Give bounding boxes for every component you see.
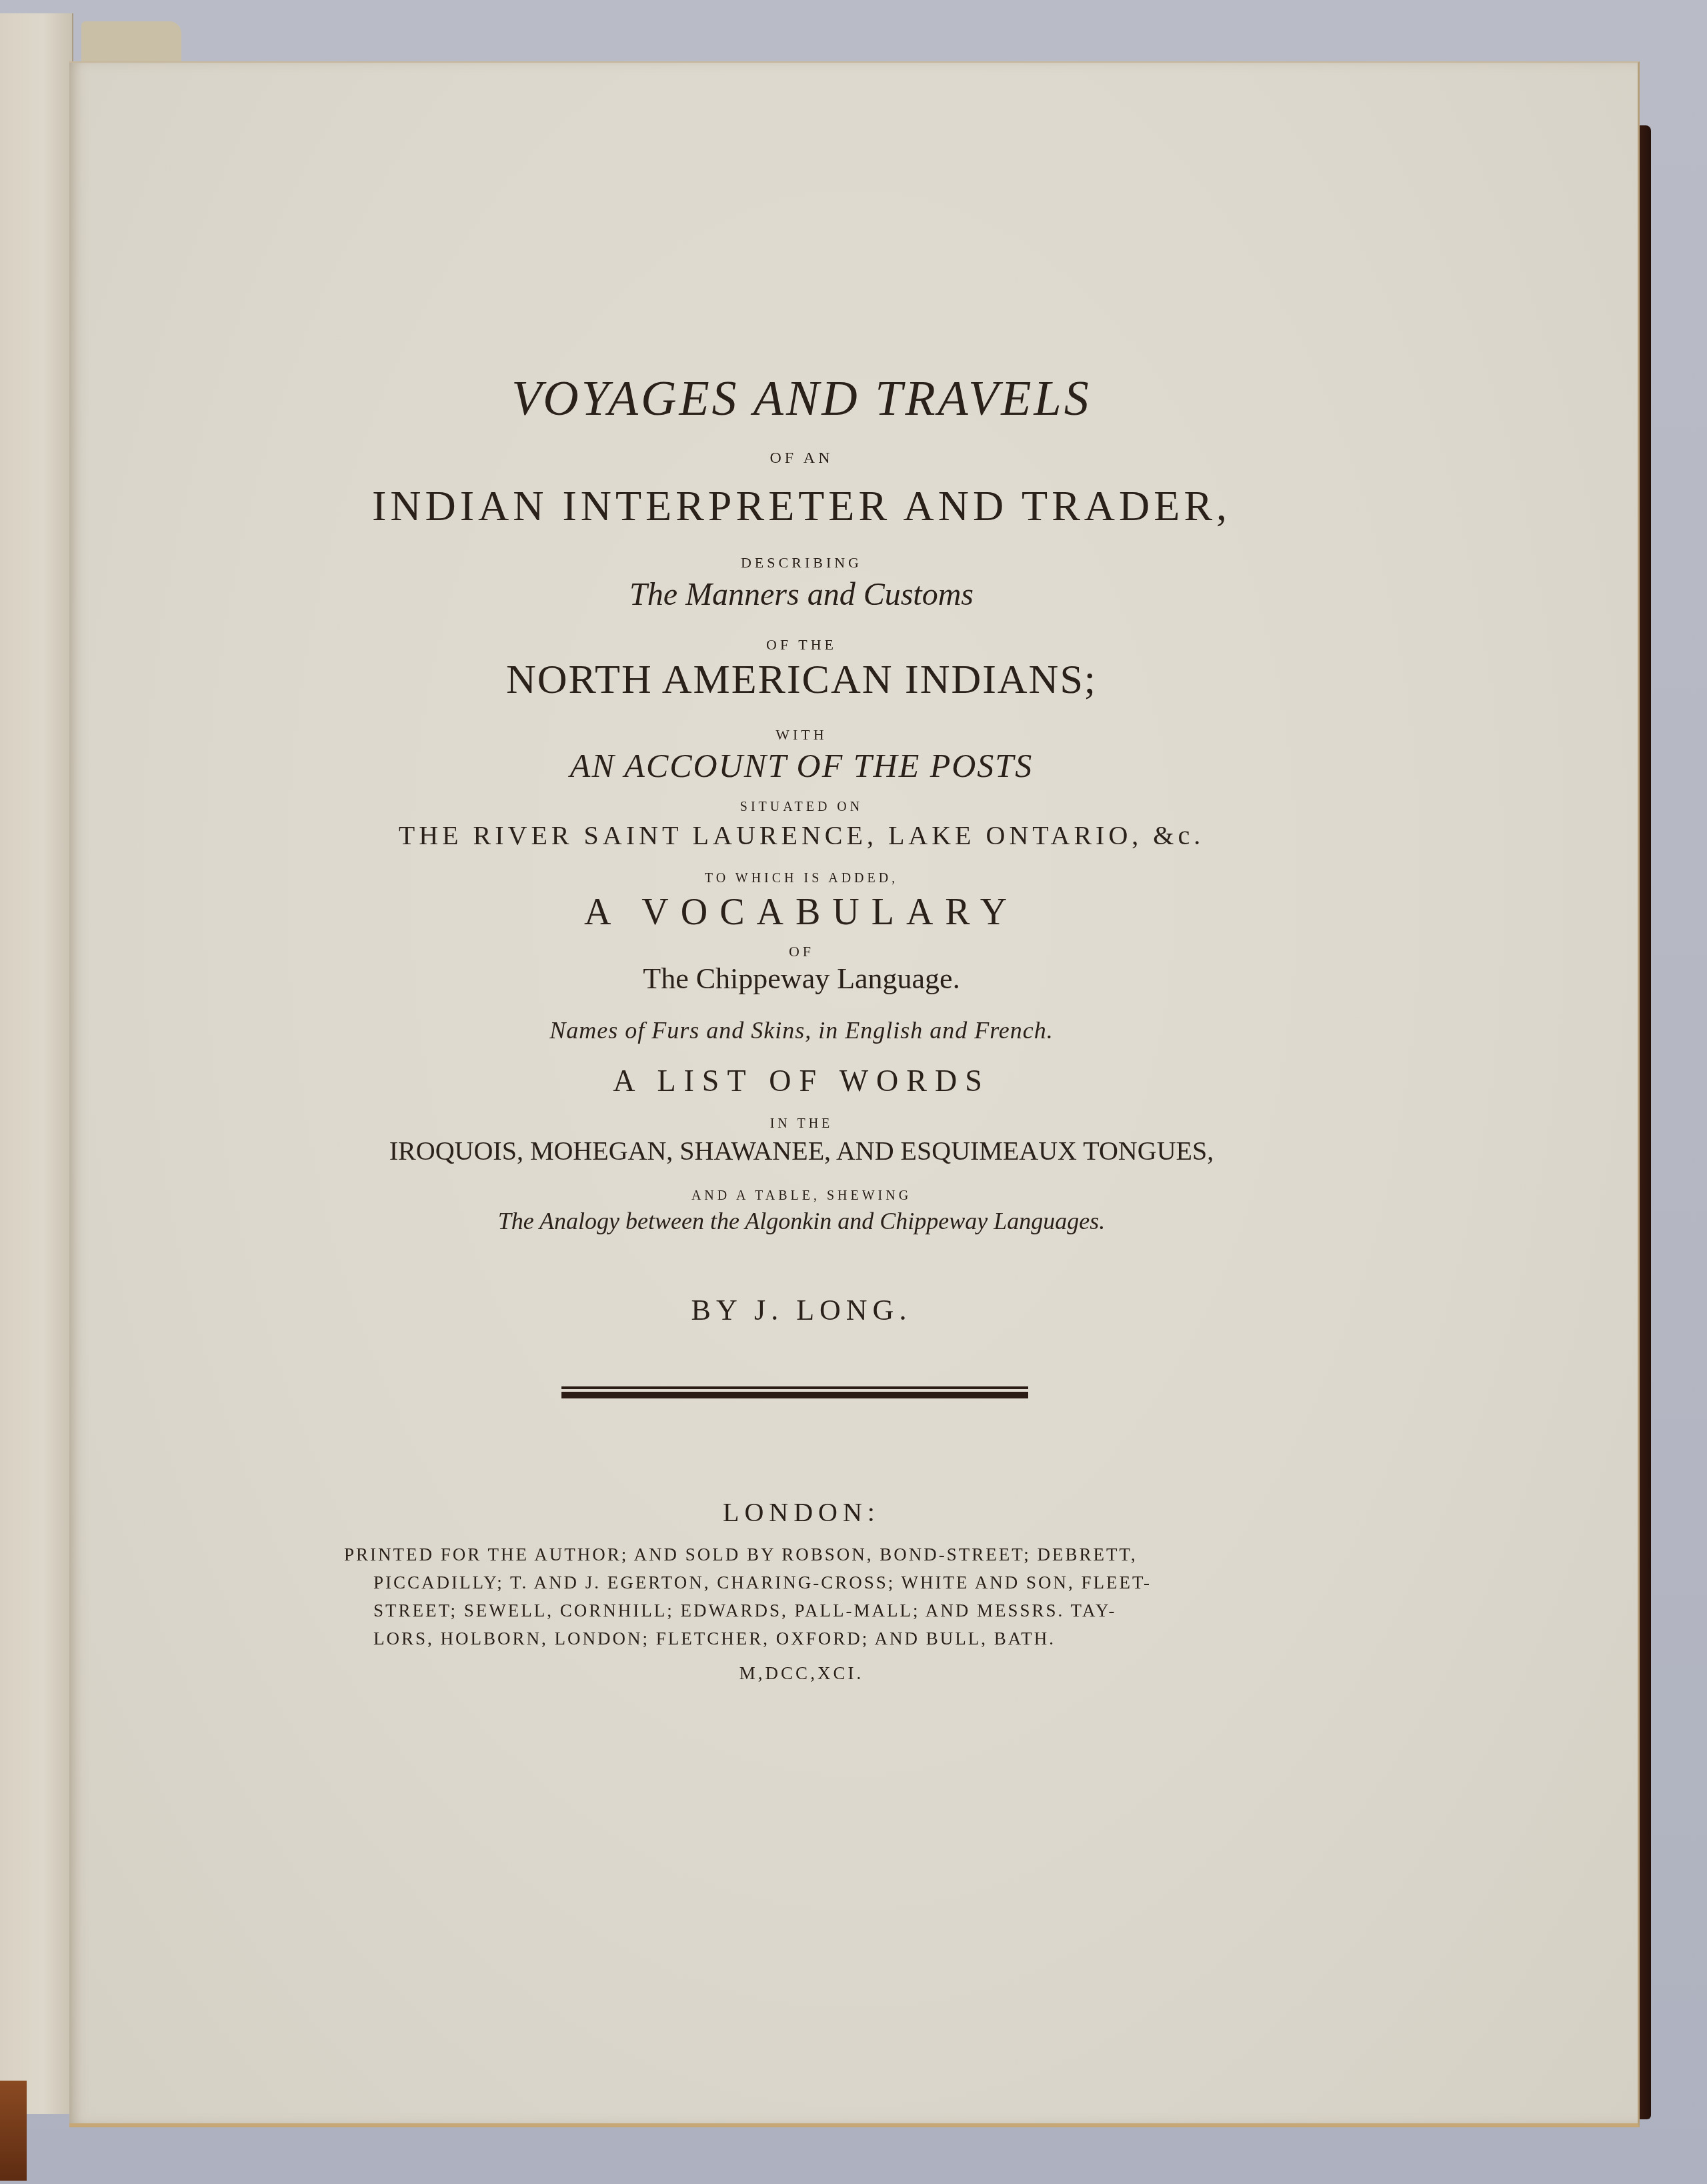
imprint-line-2: PICCADILLY; T. AND J. EGERTON, CHARING-C… (373, 1572, 1320, 1593)
vocabulary: A VOCABULARY (69, 891, 1534, 934)
title-main: VOYAGES AND TRAVELS (69, 371, 1534, 427)
title-page: VOYAGES AND TRAVELS OF AN INDIAN INTERPR… (69, 61, 1640, 2127)
analogy: The Analogy between the Algonkin and Chi… (69, 1207, 1534, 1235)
with: WITH (69, 726, 1534, 744)
of: OF (69, 943, 1534, 960)
list-of-words: A LIST OF WORDS (69, 1063, 1534, 1098)
manners-customs: The Manners and Customs (69, 576, 1534, 613)
tongues: IROQUOIS, MOHEGAN, SHAWANEE, AND ESQUIME… (69, 1135, 1534, 1166)
imprint-city: LONDON: (69, 1496, 1534, 1528)
of-the: OF THE (69, 636, 1534, 654)
chippeway-language: The Chippeway Language. (69, 962, 1534, 996)
subtitle-north-american: NORTH AMERICAN INDIANS; (69, 656, 1534, 704)
furs-skins: Names of Furs and Skins, in English and … (69, 1016, 1534, 1044)
double-rule (561, 1386, 1028, 1398)
left-page-leaf (0, 13, 73, 2114)
left-leather-edge (0, 2081, 27, 2181)
author: BY J. LONG. (69, 1293, 1534, 1327)
describing: DESCRIBING (69, 554, 1534, 572)
imprint-line-1: PRINTED FOR THE AUTHOR; AND SOLD BY ROBS… (344, 1544, 1318, 1565)
situated-on: SITUATED ON (69, 800, 1534, 815)
imprint-line-4: LORS, HOLBORN, LONDON; FLETCHER, OXFORD;… (373, 1628, 1320, 1649)
account-posts: AN ACCOUNT OF THE POSTS (69, 746, 1534, 785)
in-the: IN THE (69, 1116, 1534, 1132)
imprint-year: M,DCC,XCI. (69, 1663, 1534, 1684)
to-which-added: TO WHICH IS ADDED, (69, 871, 1534, 886)
river-line: THE RIVER SAINT LAURENCE, LAKE ONTARIO, … (69, 820, 1534, 851)
imprint-line-3: STREET; SEWELL, CORNHILL; EDWARDS, PALL-… (373, 1600, 1320, 1621)
subtitle-interpreter: INDIAN INTERPRETER AND TRADER, (69, 481, 1534, 531)
and-a-table: AND A TABLE, SHEWING (69, 1188, 1534, 1204)
of-an: OF AN (69, 449, 1534, 467)
